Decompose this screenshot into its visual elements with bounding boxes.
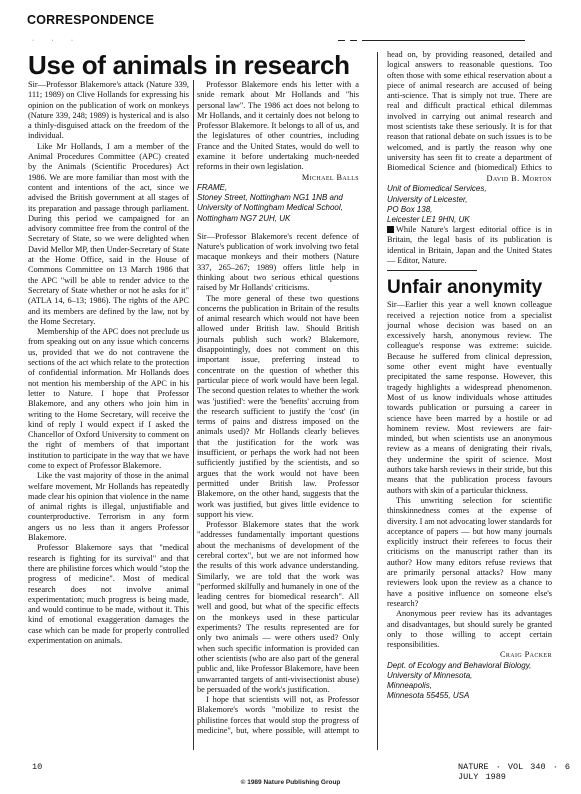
address: FRAME, Stoney Street, Nottingham NG1 1NB… xyxy=(197,183,359,224)
column-3: head on, by providing reasoned, detailed… xyxy=(387,50,552,702)
signature: David B. Morton xyxy=(387,174,552,184)
address: Unit of Biomedical Services, University … xyxy=(387,184,552,225)
address-line: Dept. of Ecology and Behavioral Biology, xyxy=(387,661,552,671)
header-rule xyxy=(362,40,525,41)
paragraph: This unwriting selection for scientific … xyxy=(387,496,552,609)
bullet-square-icon xyxy=(387,226,394,233)
editor-note: While Nature's largest editorial office … xyxy=(387,225,552,266)
address-line: FRAME, xyxy=(197,183,359,193)
paragraph: Sir—Professor Blakemore's attack (Nature… xyxy=(28,80,189,142)
page-number: 10 xyxy=(32,762,42,772)
address-line: University of Leicester, xyxy=(387,195,552,205)
paragraph: Sir—Professor Blakemore's recent defence… xyxy=(197,232,359,294)
paragraph: Like the vast majority of those in the a… xyxy=(28,471,189,543)
article-title: Unfair anonymity xyxy=(387,277,552,299)
address-line: Unit of Biomedical Services, xyxy=(387,184,552,194)
address-line: Stoney Street, Nottingham NG1 1NB and xyxy=(197,193,359,203)
paragraph: Professor Blakemore states that the work… xyxy=(197,520,359,695)
paragraph: Professor Blakemore says that "medical r… xyxy=(28,543,189,646)
paragraph: Anonymous peer review has its advantages… xyxy=(387,609,552,650)
signature: Michael Balls xyxy=(197,173,359,183)
paragraph-continued: head on, by providing reasoned, detailed… xyxy=(387,50,552,174)
paragraph: Membership of the APC does not preclude … xyxy=(28,327,189,471)
address-line: Leicester LE1 9HN, UK xyxy=(387,215,552,225)
column-2: Professor Blakemore ends his letter with… xyxy=(197,80,359,736)
copyright: © 1989 Nature Publishing Group xyxy=(0,779,581,786)
column-1: Sir—Professor Blakemore's attack (Nature… xyxy=(28,80,189,646)
paragraph: Like Mr Hollands, I am a member of the A… xyxy=(28,142,189,327)
address-line: University of Minnesota, xyxy=(387,671,552,681)
address-line: PO Box 138, xyxy=(387,205,552,215)
signature: Craig Packer xyxy=(387,650,552,660)
section-rule xyxy=(387,270,477,271)
header-rule-dash xyxy=(350,40,357,41)
editor-note-text: While Nature's largest editorial office … xyxy=(387,225,552,265)
section-heading: CORRESPONDENCE xyxy=(27,13,154,27)
paragraph: I hope that scientists will not, as Prof… xyxy=(197,695,359,736)
paragraph: Sir—Earlier this year a well known colle… xyxy=(387,300,552,496)
address-line: Minneapolis, xyxy=(387,681,552,691)
paragraph: The more general of these two questions … xyxy=(197,294,359,521)
address-line: University of Nottingham Medical School, xyxy=(197,203,359,213)
decorative-dots: · · · xyxy=(32,38,81,44)
address: Dept. of Ecology and Behavioral Biology,… xyxy=(387,661,552,702)
address-line: Minnesota 55455, USA xyxy=(387,691,552,701)
address-line: Nottingham NG7 2UH, UK xyxy=(197,214,359,224)
column-divider xyxy=(377,52,378,750)
header-rule-dash xyxy=(338,40,345,41)
paragraph: Professor Blakemore ends his letter with… xyxy=(197,80,359,173)
article-title: Use of animals in research xyxy=(28,50,350,80)
column-divider xyxy=(193,80,194,750)
